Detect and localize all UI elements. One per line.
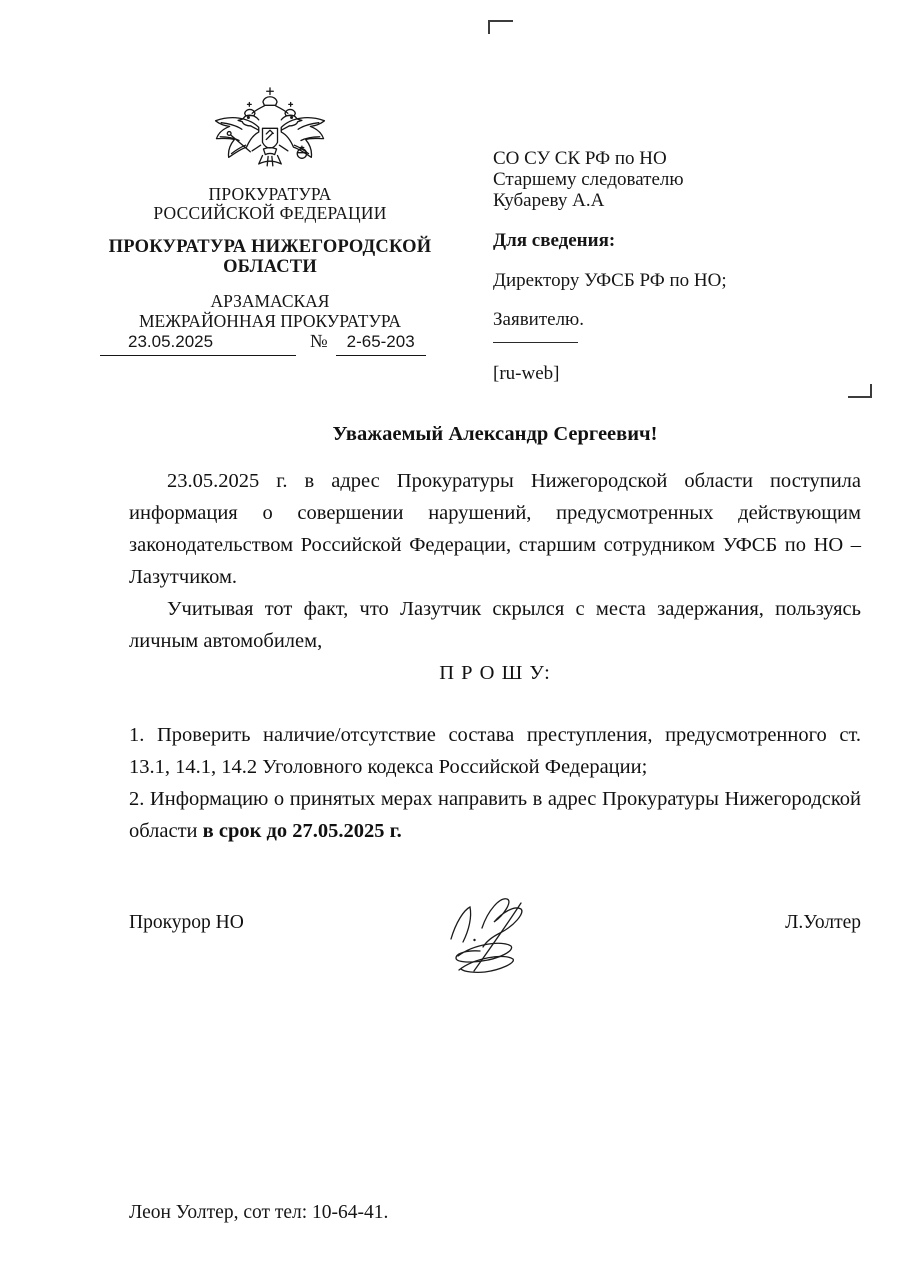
recipient-block: СО СУ СК РФ по НО Старшему следователю К… (493, 148, 843, 384)
signer-name: Л.Уолтер (785, 907, 861, 939)
recipient-line-3: Кубареву А.А (493, 190, 843, 211)
handwritten-signature-icon (438, 882, 542, 976)
letter-body: Уважаемый Александр Сергеевич! 23.05.202… (129, 418, 861, 939)
request-list: 1. Проверить наличие/отсутствие состава … (129, 719, 861, 847)
fyi-label: Для сведения: (493, 230, 843, 251)
request-item-1: 1. Проверить наличие/отсутствие состава … (129, 719, 861, 783)
recipient-divider-line (493, 342, 578, 343)
request-heading: П Р О Ш У: (129, 657, 861, 689)
date-number-line: 23.05.2025 № 2-65-203 (100, 332, 426, 356)
org-name-line-2: РОССИЙСКОЙ ФЕДЕРАЦИИ (100, 204, 440, 223)
recipient-line-1: СО СУ СК РФ по НО (493, 148, 843, 169)
org-main-line-1: ПРОКУРАТУРА НИЖЕГОРОДСКОЙ (100, 237, 440, 257)
date-field: 23.05.2025 (100, 332, 296, 356)
letterhead-left-column: ПРОКУРАТУРА РОССИЙСКОЙ ФЕДЕРАЦИИ ПРОКУРА… (100, 86, 440, 331)
source-tag: [ru-web] (493, 363, 843, 384)
number-sign: № (310, 332, 328, 353)
corner-mark-bottom-right (848, 384, 872, 398)
coat-of-arms-eagle-icon (209, 86, 331, 180)
paragraph-2: Учитывая тот факт, что Лазутчик скрылся … (129, 593, 861, 657)
doc-number-field: 2-65-203 (336, 332, 426, 356)
signer-role: Прокурор НО (129, 907, 244, 939)
corner-mark-top (488, 20, 513, 34)
salutation: Уважаемый Александр Сергеевич! (129, 418, 861, 450)
paragraph-1: 23.05.2025 г. в адрес Прокуратуры Нижего… (129, 465, 861, 593)
org-sub-line-1: АРЗАМАСКАЯ (100, 292, 440, 312)
org-main-line-2: ОБЛАСТИ (100, 257, 440, 277)
request-item-1-text: 1. Проверить наличие/отсутствие состава … (129, 724, 861, 778)
fyi-item-1: Директору УФСБ РФ по НО; (493, 270, 843, 291)
official-letter-page: ПРОКУРАТУРА РОССИЙСКОЙ ФЕДЕРАЦИИ ПРОКУРА… (0, 0, 905, 1280)
org-sub-line-2: МЕЖРАЙОННАЯ ПРОКУРАТУРА (100, 312, 440, 332)
org-name-line-1: ПРОКУРАТУРА (100, 185, 440, 204)
fyi-item-2: Заявителю. (493, 309, 843, 330)
recipient-line-2: Старшему следователю (493, 169, 843, 190)
request-item-2-bold: в срок до 27.05.2025 г. (203, 820, 402, 842)
executor-contact-line: Леон Уолтер, сот тел: 10-64-41. (129, 1202, 388, 1224)
request-item-2: 2. Информацию о принятых мерах направить… (129, 783, 861, 847)
